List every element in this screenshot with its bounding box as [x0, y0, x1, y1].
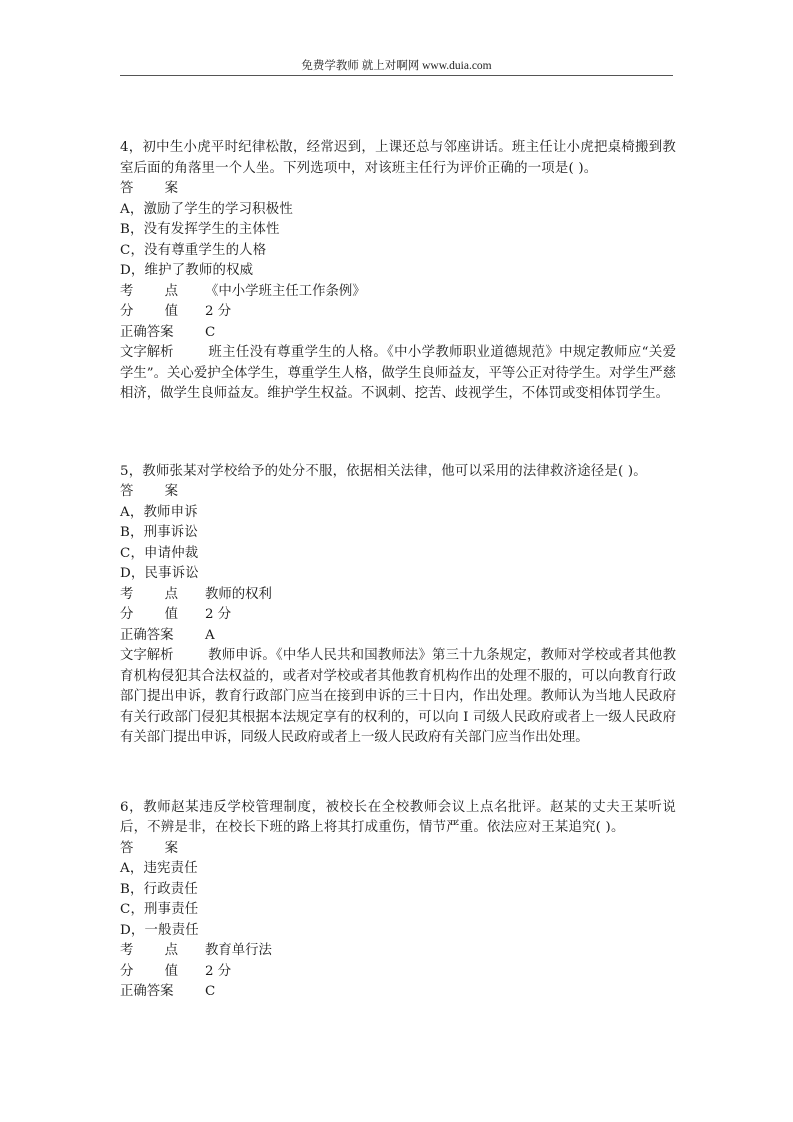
analysis-block: 文字解析教师申诉。《中华人民共和国教师法》第三十九条规定，教师对学校或者其他教育…	[120, 646, 676, 749]
option-c: C，刑事责任	[120, 900, 676, 921]
score-label-1: 分	[120, 605, 133, 626]
answer-label-1: 答	[120, 839, 133, 860]
option-c: C，没有尊重学生的人格	[120, 241, 676, 262]
question-stem: 4，初中生小虎平时纪律松散，经常迟到，上课还总与邻座讲话。班主任让小虎把桌椅搬到…	[120, 138, 676, 179]
score-row: 分 值 2 分	[120, 605, 676, 626]
answer-heading: 答 案	[120, 839, 676, 860]
point-label-1: 考	[120, 941, 133, 962]
answer-heading: 答 案	[120, 179, 676, 200]
correct-answer-label: 正确答案	[120, 626, 205, 647]
option-b: B，没有发挥学生的主体性	[120, 220, 676, 241]
option-a: A，违宪责任	[120, 859, 676, 880]
score-label-1: 分	[120, 302, 133, 323]
score-value: 2 分	[205, 302, 676, 323]
score-label-2: 值	[165, 962, 178, 983]
correct-answer-row: 正确答案 C	[120, 982, 676, 1003]
answer-label-2: 案	[165, 482, 178, 503]
point-label-2: 点	[165, 282, 178, 303]
answer-label-1: 答	[120, 179, 133, 200]
knowledge-point-value: 教师的权利	[205, 585, 676, 606]
option-d: D，维护了教师的权威	[120, 261, 676, 282]
point-label-1: 考	[120, 585, 133, 606]
score-row: 分 值 2 分	[120, 302, 676, 323]
answer-label-1: 答	[120, 482, 133, 503]
option-d: D，一般责任	[120, 921, 676, 942]
analysis-block: 文字解析班主任没有尊重学生的人格。《中小学教师职业道德规范》中规定教师应“关爱学…	[120, 343, 676, 405]
correct-answer-row: 正确答案 C	[120, 323, 676, 344]
question-stem: 5，教师张某对学校给予的处分不服，依据相关法律，他可以采用的法律救济途径是( )…	[120, 462, 676, 483]
correct-answer-row: 正确答案 A	[120, 626, 676, 647]
score-value: 2 分	[205, 962, 676, 983]
question-6: 6，教师赵某违反学校管理制度，被校长在全校教师会议上点名批评。赵某的丈夫王某听说…	[120, 798, 676, 1003]
page-header: 免费学教师 就上对啊网 www.duia.com	[120, 57, 673, 73]
option-c: C，申请仲裁	[120, 544, 676, 565]
knowledge-point-value: 教育单行法	[205, 941, 676, 962]
correct-answer-value: C	[205, 982, 676, 1003]
correct-answer-value: C	[205, 323, 676, 344]
knowledge-point-row: 考 点 教育单行法	[120, 941, 676, 962]
point-label-2: 点	[165, 585, 178, 606]
option-a: A，教师申诉	[120, 503, 676, 524]
knowledge-point-row: 考 点 《中小学班主任工作条例》	[120, 282, 676, 303]
score-label-2: 值	[165, 605, 178, 626]
option-a: A，激励了学生的学习积极性	[120, 200, 676, 221]
correct-answer-label: 正确答案	[120, 323, 205, 344]
option-b: B，刑事诉讼	[120, 523, 676, 544]
question-4: 4，初中生小虎平时纪律松散，经常迟到，上课还总与邻座讲话。班主任让小虎把桌椅搬到…	[120, 138, 676, 405]
correct-answer-label: 正确答案	[120, 982, 205, 1003]
option-b: B，行政责任	[120, 880, 676, 901]
spacer	[120, 749, 676, 798]
point-label-1: 考	[120, 282, 133, 303]
option-d: D，民事诉讼	[120, 564, 676, 585]
answer-label-2: 案	[165, 839, 178, 860]
point-label-2: 点	[165, 941, 178, 962]
score-row: 分 值 2 分	[120, 962, 676, 983]
score-label-1: 分	[120, 962, 133, 983]
score-label-2: 值	[165, 302, 178, 323]
spacer	[120, 405, 676, 462]
knowledge-point-value: 《中小学班主任工作条例》	[205, 282, 676, 303]
question-stem: 6，教师赵某违反学校管理制度，被校长在全校教师会议上点名批评。赵某的丈夫王某听说…	[120, 798, 676, 839]
question-5: 5，教师张某对学校给予的处分不服，依据相关法律，他可以采用的法律救济途径是( )…	[120, 462, 676, 749]
correct-answer-value: A	[205, 626, 676, 647]
analysis-label: 文字解析	[120, 646, 208, 667]
answer-label-2: 案	[165, 179, 178, 200]
document-body: 4，初中生小虎平时纪律松散，经常迟到，上课还总与邻座讲话。班主任让小虎把桌椅搬到…	[120, 138, 676, 1003]
answer-heading: 答 案	[120, 482, 676, 503]
score-value: 2 分	[205, 605, 676, 626]
knowledge-point-row: 考 点 教师的权利	[120, 585, 676, 606]
analysis-label: 文字解析	[120, 343, 208, 364]
header-divider	[120, 75, 673, 76]
